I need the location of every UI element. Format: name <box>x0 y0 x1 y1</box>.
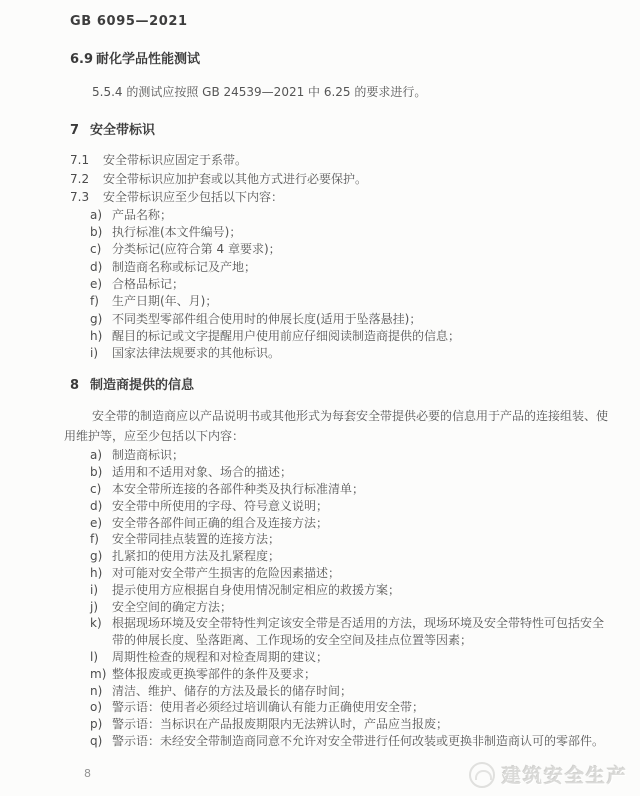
list-item: j)安全空间的确定方法； <box>90 599 610 616</box>
list-item: c)分类标记(应符合第 4 章要求)； <box>90 241 610 258</box>
page-number: 8 <box>84 767 91 780</box>
list-item: g)扎紧扣的使用方法及扎紧程度； <box>90 548 610 565</box>
list-item: l)周期性检查的规程和对检查周期的建议； <box>90 649 610 666</box>
item-label: k) <box>90 615 112 649</box>
item-text: 整体报废或更换零部件的条件及要求； <box>112 666 610 683</box>
item-text: 提示使用方应根据自身使用情况制定相应的救援方案； <box>112 582 610 599</box>
list-item: d)安全带中所使用的字母、符号意义说明； <box>90 498 610 515</box>
document-number-header: GB 6095—2021 <box>70 14 610 30</box>
safety-helmet-logo-icon <box>469 762 495 788</box>
section-8-heading: 8 制造商提供的信息 <box>70 378 610 394</box>
item-text: 对可能对安全带产生损害的危险因素描述； <box>112 565 610 582</box>
item-text: 制造商名称或标记及产地； <box>112 259 610 276</box>
section-7-marking-list: a)产品名称； b)执行标准(本文件编号)； c)分类标记(应符合第 4 章要求… <box>64 207 610 363</box>
section-7-heading: 7 安全带标识 <box>70 123 610 139</box>
section-8-intro-paragraph: 安全带的制造商应以产品说明书或其他形式为每套安全带提供必要的信息用于产品的连接组… <box>64 406 610 446</box>
clause-7-3: 7.3 安全带标识应至少包括以下内容： <box>64 188 610 207</box>
item-label: i) <box>90 345 112 362</box>
list-item: f)生产日期(年、月)； <box>90 293 610 310</box>
item-label: b) <box>90 224 112 241</box>
list-item: o)警示语：使用者必须经过培训确认有能力正确使用安全带； <box>90 699 610 716</box>
section-6-9-heading: 6.9 耐化学品性能测试 <box>70 52 610 68</box>
list-item: c)本安全带所连接的各部件种类及执行标准清单； <box>90 481 610 498</box>
item-text: 制造商标识； <box>112 447 610 464</box>
item-label: q) <box>90 733 112 750</box>
item-label: e) <box>90 515 112 532</box>
item-text: 醒目的标记或文字提醒用户使用前应仔细阅读制造商提供的信息； <box>112 328 610 345</box>
item-text: 安全空间的确定方法； <box>112 599 610 616</box>
section-number: 8 <box>70 378 90 394</box>
item-label: c) <box>90 481 112 498</box>
item-text: 本安全带所连接的各部件种类及执行标准清单； <box>112 481 610 498</box>
list-item: h)对可能对安全带产生损害的危险因素描述； <box>90 565 610 582</box>
item-label: f) <box>90 531 112 548</box>
list-item: b)执行标准(本文件编号)； <box>90 224 610 241</box>
list-item: d)制造商名称或标记及产地； <box>90 259 610 276</box>
item-text: 国家法律法规要求的其他标识。 <box>112 345 610 362</box>
item-label: h) <box>90 328 112 345</box>
section-title: 制造商提供的信息 <box>90 378 194 394</box>
list-item: q)警示语：未经安全带制造商同意不允许对安全带进行任何改装或更换非制造商认可的零… <box>90 733 610 750</box>
item-text: 安全带各部件间正确的组合及连接方法； <box>112 515 610 532</box>
clause-text: 安全带标识应至少包括以下内容： <box>103 188 610 207</box>
item-text: 生产日期(年、月)； <box>112 293 610 310</box>
list-item: b)适用和不适用对象、场合的描述； <box>90 464 610 481</box>
item-label: l) <box>90 649 112 666</box>
list-item: f)安全带同挂点装置的连接方法； <box>90 531 610 548</box>
clause-text: 安全带标识应固定于系带。 <box>103 151 610 170</box>
item-label: a) <box>90 207 112 224</box>
section-6-9-paragraph: 5.5.4 的测试应按照 GB 24539—2021 中 6.25 的要求进行。 <box>64 83 610 102</box>
list-item: e)安全带各部件间正确的组合及连接方法； <box>90 515 610 532</box>
item-label: b) <box>90 464 112 481</box>
item-text: 不同类型零部件组合使用时的伸展长度(适用于坠落悬挂)； <box>112 311 610 328</box>
item-text: 周期性检查的规程和对检查周期的建议； <box>112 649 610 666</box>
list-item: g)不同类型零部件组合使用时的伸展长度(适用于坠落悬挂)； <box>90 311 610 328</box>
list-item: a)制造商标识； <box>90 447 610 464</box>
item-label: g) <box>90 548 112 565</box>
item-label: n) <box>90 683 112 700</box>
list-item: k)根据现场环境及安全带特性判定该安全带是否适用的方法，现场环境及安全带特性可包… <box>90 615 610 649</box>
item-text: 执行标准(本文件编号)； <box>112 224 610 241</box>
list-item: h)醒目的标记或文字提醒用户使用前应仔细阅读制造商提供的信息； <box>90 328 610 345</box>
item-label: i) <box>90 582 112 599</box>
clause-number: 7.1 <box>70 151 103 170</box>
section-7-clauses: 7.1 安全带标识应固定于系带。 7.2 安全带标识应加护套或以其他方式进行必要… <box>64 151 610 207</box>
item-label: c) <box>90 241 112 258</box>
section-title: 安全带标识 <box>90 123 155 139</box>
item-label: d) <box>90 259 112 276</box>
item-text: 警示语：未经安全带制造商同意不允许对安全带进行任何改装或更换非制造商认可的零部件… <box>112 733 610 750</box>
watermark-text: 建筑安全生产 <box>502 761 628 788</box>
clause-7-2: 7.2 安全带标识应加护套或以其他方式进行必要保护。 <box>64 170 610 189</box>
clause-number: 7.2 <box>70 170 103 189</box>
section-number: 6.9 <box>70 52 96 68</box>
section-number: 7 <box>70 123 90 139</box>
item-label: h) <box>90 565 112 582</box>
item-text: 产品名称； <box>112 207 610 224</box>
item-label: d) <box>90 498 112 515</box>
list-item: n)清洁、维护、储存的方法及最长的储存时间； <box>90 683 610 700</box>
item-label: m) <box>90 666 112 683</box>
section-title: 耐化学品性能测试 <box>96 52 200 68</box>
list-item: m)整体报废或更换零部件的条件及要求； <box>90 666 610 683</box>
item-text: 警示语：使用者必须经过培训确认有能力正确使用安全带； <box>112 699 610 716</box>
scanned-document-page: GB 6095—2021 6.9 耐化学品性能测试 5.5.4 的测试应按照 G… <box>0 0 640 796</box>
item-text: 适用和不适用对象、场合的描述； <box>112 464 610 481</box>
item-label: g) <box>90 311 112 328</box>
clause-7-1: 7.1 安全带标识应固定于系带。 <box>64 151 610 170</box>
item-text: 安全带中所使用的字母、符号意义说明； <box>112 498 610 515</box>
item-text: 警示语：当标识在产品报废期限内无法辨认时，产品应当报废； <box>112 716 610 733</box>
page-content: GB 6095—2021 6.9 耐化学品性能测试 5.5.4 的测试应按照 G… <box>0 0 640 750</box>
clause-text: 安全带标识应加护套或以其他方式进行必要保护。 <box>103 170 610 189</box>
watermark: 建筑安全生产 <box>469 761 628 788</box>
item-text: 根据现场环境及安全带特性判定该安全带是否适用的方法，现场环境及安全带特性可包括安… <box>112 615 610 649</box>
item-label: e) <box>90 276 112 293</box>
item-label: o) <box>90 699 112 716</box>
item-text: 安全带同挂点装置的连接方法； <box>112 531 610 548</box>
list-item: a)产品名称； <box>90 207 610 224</box>
item-label: j) <box>90 599 112 616</box>
clause-number: 7.3 <box>70 188 103 207</box>
list-item: e)合格品标记； <box>90 276 610 293</box>
item-label: f) <box>90 293 112 310</box>
list-item: p)警示语：当标识在产品报废期限内无法辨认时，产品应当报废； <box>90 716 610 733</box>
item-text: 清洁、维护、储存的方法及最长的储存时间； <box>112 683 610 700</box>
item-label: p) <box>90 716 112 733</box>
item-label: a) <box>90 447 112 464</box>
list-item: i)提示使用方应根据自身使用情况制定相应的救援方案； <box>90 582 610 599</box>
item-text: 扎紧扣的使用方法及扎紧程度； <box>112 548 610 565</box>
list-item: i)国家法律法规要求的其他标识。 <box>90 345 610 362</box>
section-8-info-list: a)制造商标识； b)适用和不适用对象、场合的描述； c)本安全带所连接的各部件… <box>64 447 610 749</box>
item-text: 分类标记(应符合第 4 章要求)； <box>112 241 610 258</box>
item-text: 合格品标记； <box>112 276 610 293</box>
